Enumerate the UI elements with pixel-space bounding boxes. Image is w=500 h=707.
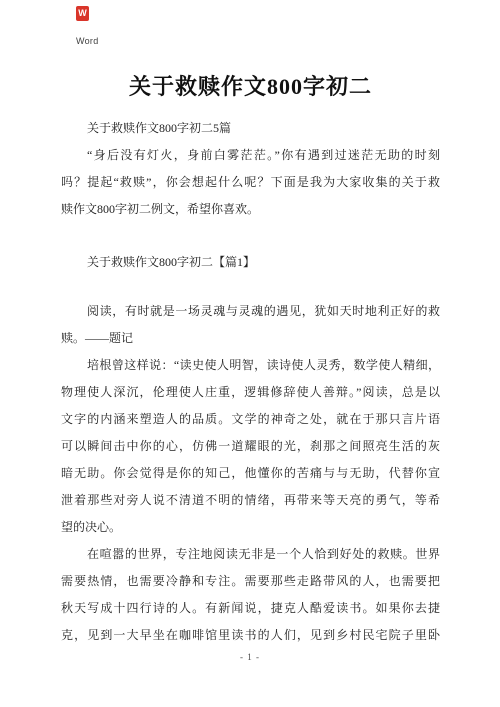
paragraph: 阅读，有时就是一场灵魂与灵魂的遇见，犹如天时地利正好的救赎。——题记 — [61, 298, 440, 352]
brand: W Word — [76, 6, 136, 21]
text-line: 培根曾这样说：“读史使人明智，读诗使人灵秀，数学使人精细， — [61, 352, 440, 379]
text-line: 文字的内涵来塑造人的品质。文学的神奇之处，就在于那只言片语 — [61, 406, 440, 433]
text-line: 物理使人深沉，伦理使人庄重，逻辑修辞使人善辩。”阅读，总是以 — [61, 379, 440, 406]
text-line: 克，见到一大早坐在咖啡馆里读书的人们，见到乡村民宅院子里卧 — [61, 622, 440, 649]
text-line: 关于救赎作文800字初二【篇1】 — [61, 249, 440, 276]
text-line: 需要热情，也需要冷静和专注。需要那些走路带风的人，也需要把 — [61, 568, 440, 595]
text-line: 可以瞬间击中你的心，仿佛一道耀眼的光，刹那之间照亮生活的灰 — [61, 433, 440, 460]
paragraph: 关于救赎作文800字初二5篇 — [61, 115, 440, 142]
text-line: 秋天写成十四行诗的人。有新闻说，捷克人酷爱读书。如果你去捷 — [61, 595, 440, 622]
word-logo-icon: W — [76, 6, 89, 21]
paragraph: “身后没有灯火，身前白雾茫茫。”你有遇到过迷茫无助的时刻吗？提起“救赎”，你会想… — [61, 142, 440, 223]
text-line: 望的决心。 — [61, 514, 440, 541]
document-page: W Word 关于救赎作文800字初二 关于救赎作文800字初二5篇“身后没有灯… — [0, 0, 500, 707]
paragraph-list: 关于救赎作文800字初二5篇“身后没有灯火，身前白雾茫茫。”你有遇到过迷茫无助的… — [61, 115, 440, 649]
document-title: 关于救赎作文800字初二 — [61, 72, 440, 102]
text-line: 赎作文800字初二例文，希望你喜欢。 — [61, 196, 440, 223]
text-line: 在喧嚣的世界，专注地阅读无非是一个人恰到好处的救赎。世界 — [61, 541, 440, 568]
text-line: 关于救赎作文800字初二5篇 — [61, 115, 440, 142]
text-line: 赎。——题记 — [61, 325, 440, 352]
paragraph: 在喧嚣的世界，专注地阅读无非是一个人恰到好处的救赎。世界需要热情，也需要冷静和专… — [61, 541, 440, 649]
app-label: Word — [76, 36, 99, 47]
paragraph: 关于救赎作文800字初二【篇1】 — [61, 249, 440, 276]
paragraph: 培根曾这样说：“读史使人明智，读诗使人灵秀，数学使人精细，物理使人深沉，伦理使人… — [61, 352, 440, 541]
document-content: 关于救赎作文800字初二 关于救赎作文800字初二5篇“身后没有灯火，身前白雾茫… — [61, 72, 440, 649]
text-line: 暗无助。你会觉得是你的知己，他懂你的苦痛与与无助，代替你宣 — [61, 460, 440, 487]
text-line: “身后没有灯火，身前白雾茫茫。”你有遇到过迷茫无助的时刻 — [61, 142, 440, 169]
text-line: 泄着那些对旁人说不清道不明的情绪，再带来等天亮的勇气，等希 — [61, 487, 440, 514]
text-line: 阅读，有时就是一场灵魂与灵魂的遇见，犹如天时地利正好的救 — [61, 298, 440, 325]
text-line: 吗？提起“救赎”，你会想起什么呢？下面是我为大家收集的关于救 — [61, 169, 440, 196]
page-number: - 1 - — [0, 652, 500, 662]
